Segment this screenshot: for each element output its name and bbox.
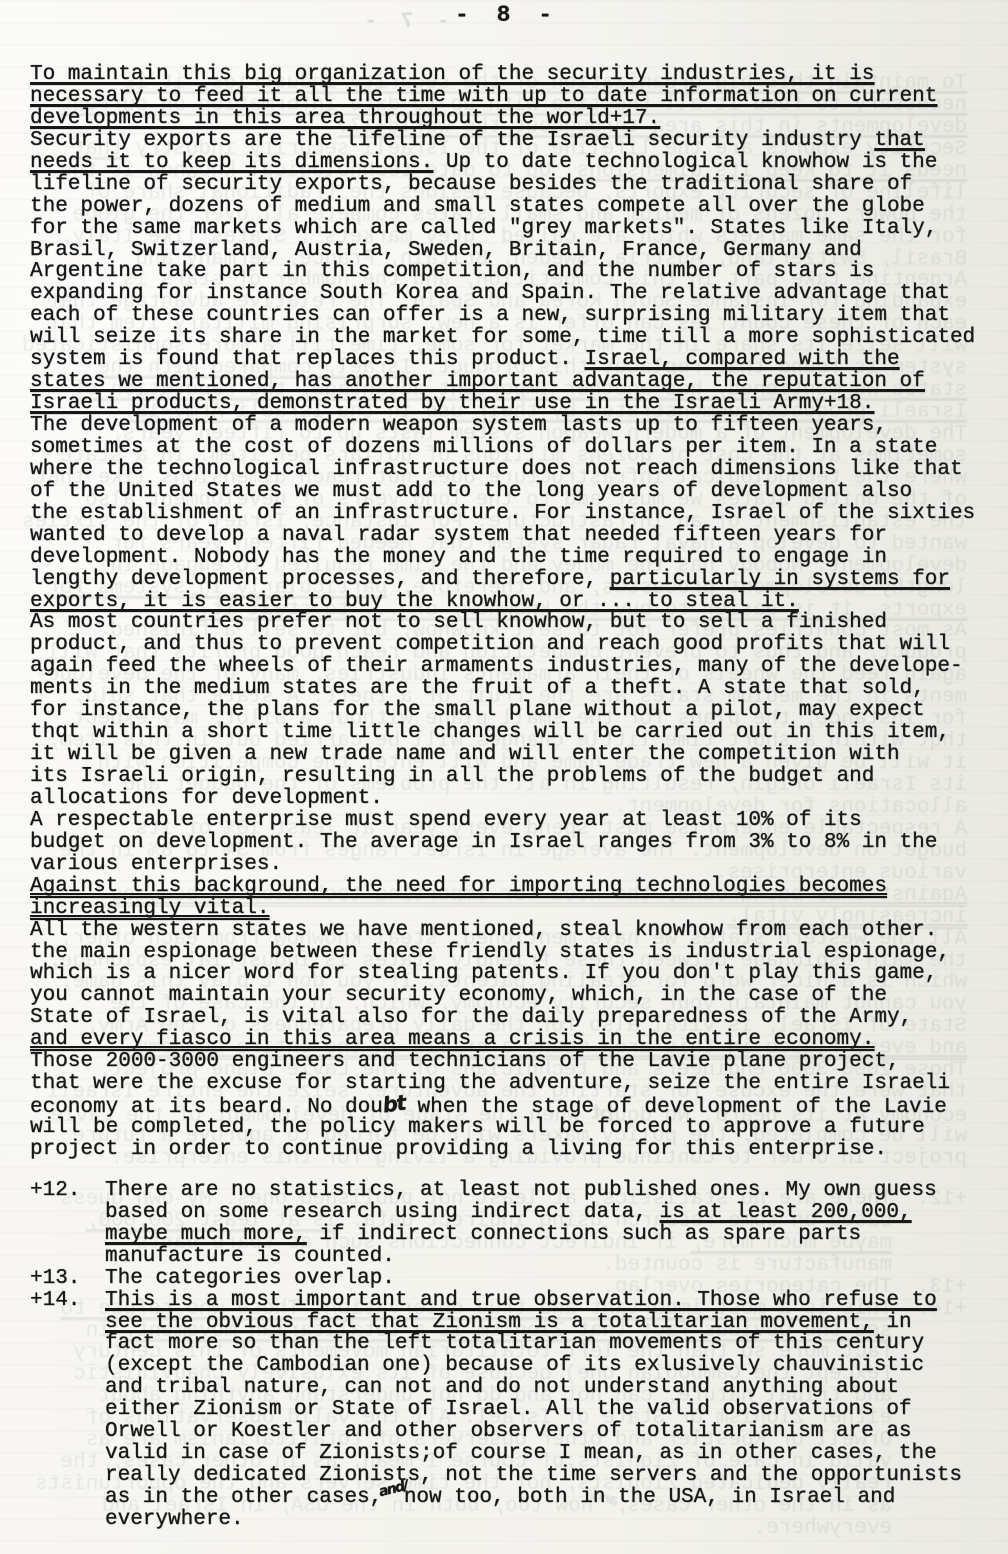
text-segment: it will be given a new trade name and wi… xyxy=(30,743,900,766)
text-segment: various enterprises. xyxy=(30,853,282,876)
footnote-label: +12. xyxy=(30,1180,105,1202)
text-segment: its Israeli origin, resulting in all the… xyxy=(30,765,874,788)
text-line: the power, dozens of medium and small st… xyxy=(30,196,975,218)
text-segment: and tribal nature, can not and do not un… xyxy=(105,1376,899,1399)
text-segment: based on some research using indirect da… xyxy=(105,1201,660,1224)
text-line: budget on development. The average in Is… xyxy=(30,832,975,854)
text-line: it will be given a new trade name and wi… xyxy=(30,744,975,766)
text-line: The categories overlap. xyxy=(105,1268,395,1290)
text-segment: The categories overlap. xyxy=(105,1267,395,1290)
text-segment: developments in this area throughout the… xyxy=(30,107,660,130)
text-segment: needs it to keep its dimensions. xyxy=(30,151,433,174)
text-segment: Up to date technological knowhow is the xyxy=(433,151,937,174)
text-segment: states we mentioned, has another importa… xyxy=(30,370,925,393)
text-line: The development of a modern weapon syste… xyxy=(30,415,975,437)
text-line: will seize its share in the market for s… xyxy=(30,327,975,349)
text-line: To maintain this big organization of the… xyxy=(30,64,975,86)
text-line: Against this background, the need for im… xyxy=(30,876,975,898)
text-segment: allocations for development. xyxy=(30,787,383,810)
text-line: As most countries prefer not to sell kno… xyxy=(30,612,975,634)
text-line: increasingly vital. xyxy=(30,898,975,920)
text-line: maybe much more, if indirect connections… xyxy=(105,1224,937,1246)
handwritten-correction: bt xyxy=(381,1093,406,1118)
text-segment: development. Nobody has the money and th… xyxy=(30,546,887,569)
text-line: All the western states we have mentioned… xyxy=(30,920,975,942)
text-segment: Those 2000-3000 engineers and technician… xyxy=(30,1050,900,1073)
text-line: State of Israel, is vital also for the d… xyxy=(30,1007,975,1029)
text-line: Those 2000-3000 engineers and technician… xyxy=(30,1051,975,1073)
text-segment: expanding for instance South Korea and S… xyxy=(30,282,950,305)
text-segment: of the United States we must add to the … xyxy=(30,480,912,503)
text-line: valid in case of Zionists;of course I me… xyxy=(105,1443,962,1465)
text-segment: again feed the wheels of their armaments… xyxy=(30,655,963,678)
text-line: Argentine take part in this competition,… xyxy=(30,261,975,283)
text-segment: system is found that replaces this produ… xyxy=(30,348,585,371)
text-line: This is a most important and true observ… xyxy=(105,1290,962,1312)
text-line: product, and thus to prevent competition… xyxy=(30,634,975,656)
footnotes: +12.There are no statistics, at least no… xyxy=(30,1180,975,1531)
text-segment: that xyxy=(874,129,924,152)
text-line: manufacture is counted. xyxy=(105,1246,937,1268)
text-segment: fact more so than the left totalitarian … xyxy=(105,1332,924,1355)
text-line: development. Nobody has the money and th… xyxy=(30,547,975,569)
text-line: necessary to feed it all the time with u… xyxy=(30,86,975,108)
text-segment: All the western states we have mentioned… xyxy=(30,919,937,942)
text-line: developments in this area throughout the… xyxy=(30,108,975,130)
text-segment: There are no statistics, at least not pu… xyxy=(105,1179,937,1202)
body-text: To maintain this big organization of the… xyxy=(30,64,975,1161)
text-segment: To maintain this big organization of the… xyxy=(30,63,874,86)
text-line: Israeli products, demonstrated by their … xyxy=(30,393,975,415)
text-line: Brasil, Switzerland, Austria, Sweden, Br… xyxy=(30,240,975,262)
text-line: for instance, the plans for the small pl… xyxy=(30,700,975,722)
text-segment: the main espionage between these friendl… xyxy=(30,941,950,964)
text-line: thqt within a short time little changes … xyxy=(30,722,975,744)
text-line: allocations for development. xyxy=(30,788,975,810)
text-segment: particularly in systems for xyxy=(610,568,950,591)
text-line: There are no statistics, at least not pu… xyxy=(105,1180,937,1202)
text-line: where the technological infrastructure d… xyxy=(30,459,975,481)
text-segment: as in the other cases, xyxy=(105,1486,382,1509)
text-line: see the obvious fact that Zionism is a t… xyxy=(105,1312,962,1334)
text-segment: now too, both in the USA, in Israel and xyxy=(404,1486,895,1509)
text-line: and tribal nature, can not and do not un… xyxy=(105,1377,962,1399)
text-segment: necessary to feed it all the time with u… xyxy=(30,85,937,108)
text-segment: each of these countries can offer is a n… xyxy=(30,304,950,327)
text-segment: for the same markets which are called "g… xyxy=(30,217,937,240)
text-line: expanding for instance South Korea and S… xyxy=(30,283,975,305)
text-line: its Israeli origin, resulting in all the… xyxy=(30,766,975,788)
text-line: based on some research using indirect da… xyxy=(105,1202,937,1224)
text-line: that were the excuse for starting the ad… xyxy=(30,1073,975,1095)
text-segment: valid in case of Zionists;of course I me… xyxy=(105,1442,937,1465)
text-line: needs it to keep its dimensions. Up to d… xyxy=(30,152,975,174)
text-line: will be completed, the policy makers wil… xyxy=(30,1117,975,1139)
footnote-text: There are no statistics, at least not pu… xyxy=(105,1180,937,1268)
text-segment: Orwell or Koestler and other observers o… xyxy=(105,1420,912,1443)
footnote-text: This is a most important and true observ… xyxy=(105,1290,962,1531)
text-segment: wanted to develop a naval radar system t… xyxy=(30,524,887,547)
text-segment: Israeli products, demonstrated by their … xyxy=(30,392,874,415)
page-number: - 8 - xyxy=(0,2,1008,28)
text-segment: if indirect connections such as spare pa… xyxy=(307,1223,862,1246)
text-segment: ments in the medium states are the fruit… xyxy=(30,677,925,700)
text-segment: Security exports are the lifeline of the… xyxy=(30,129,874,152)
text-line: and every fiasco in this area means a cr… xyxy=(30,1029,975,1051)
page-content: To maintain this big organization of the… xyxy=(30,64,975,1531)
text-segment: Brasil, Switzerland, Austria, Sweden, Br… xyxy=(30,239,862,262)
text-line: Security exports are the lifeline of the… xyxy=(30,130,975,152)
text-segment: thqt within a short time little changes … xyxy=(30,721,950,744)
text-line: for the same markets which are called "g… xyxy=(30,218,975,240)
text-segment: the establishment of an infrastructure. … xyxy=(30,502,975,525)
text-line: fact more so than the left totalitarian … xyxy=(105,1333,962,1355)
text-segment: budget on development. The average in Is… xyxy=(30,831,937,854)
text-line: (except the Cambodian one) because of it… xyxy=(105,1355,962,1377)
text-segment: A respectable enterprise must spend ever… xyxy=(30,809,862,832)
text-segment: see the obvious fact that Zionism is a t… xyxy=(105,1311,874,1334)
text-line: of the United States we must add to the … xyxy=(30,481,975,503)
text-segment: will seize its share in the market for s… xyxy=(30,326,975,349)
text-segment: sometimes at the cost of dozens millions… xyxy=(30,436,937,459)
text-line: project in order to continue providing a… xyxy=(30,1139,975,1161)
text-segment: that were the excuse for starting the ad… xyxy=(30,1072,950,1095)
text-segment: Against this background, the need for im… xyxy=(30,875,887,898)
text-line: each of these countries can offer is a n… xyxy=(30,305,975,327)
text-segment: project in order to continue providing a… xyxy=(30,1138,887,1161)
text-line: either Zionism or State of Israel. All t… xyxy=(105,1399,962,1421)
text-segment: exports, it is easier to buy the knowhow… xyxy=(30,590,799,613)
text-line: which is a nicer word for stealing paten… xyxy=(30,963,975,985)
text-segment: will be completed, the policy makers wil… xyxy=(30,1116,925,1139)
text-segment: manufacture is counted. xyxy=(105,1245,395,1268)
footnote: +12.There are no statistics, at least no… xyxy=(30,1180,975,1268)
text-segment: which is a nicer word for stealing paten… xyxy=(30,962,937,985)
document-page: - 7 - - 8 - To maintain this big organiz… xyxy=(0,0,1008,1554)
text-segment: State of Israel, is vital also for the d… xyxy=(30,1006,912,1029)
text-line: sometimes at the cost of dozens millions… xyxy=(30,437,975,459)
footnote-label: +13. xyxy=(30,1268,105,1290)
text-segment: for instance, the plans for the small pl… xyxy=(30,699,925,722)
footnote-label: +14. xyxy=(30,1290,105,1312)
text-segment: As most countries prefer not to sell kno… xyxy=(30,611,887,634)
text-segment: lengthy development processes, and there… xyxy=(30,568,610,591)
text-segment: either Zionism or State of Israel. All t… xyxy=(105,1398,912,1421)
text-line: you cannot maintain your security econom… xyxy=(30,985,975,1007)
text-segment: The development of a modern weapon syste… xyxy=(30,414,887,437)
text-line: states we mentioned, has another importa… xyxy=(30,371,975,393)
text-segment: really dedicated Zionists, not the time … xyxy=(105,1464,962,1487)
text-segment: Argentine take part in this competition,… xyxy=(30,260,874,283)
text-segment: and every fiasco in this area means a cr… xyxy=(30,1028,874,1051)
text-line: lifeline of security exports, because be… xyxy=(30,174,975,196)
text-segment: everywhere. xyxy=(105,1508,244,1531)
text-line: ments in the medium states are the fruit… xyxy=(30,678,975,700)
text-line: everywhere. xyxy=(105,1509,962,1531)
text-segment: maybe much more, xyxy=(105,1223,307,1246)
text-line: as in the other cases,and/now too, both … xyxy=(105,1487,962,1509)
text-line: wanted to develop a naval radar system t… xyxy=(30,525,975,547)
text-line: lengthy development processes, and there… xyxy=(30,569,975,591)
text-segment: Israel, compared with the xyxy=(585,348,900,371)
text-line: system is found that replaces this produ… xyxy=(30,349,975,371)
footnote: +13.The categories overlap. xyxy=(30,1268,975,1290)
text-segment: the power, dozens of medium and small st… xyxy=(30,195,925,218)
text-line: exports, it is easier to buy the knowhow… xyxy=(30,591,975,613)
text-segment: (except the Cambodian one) because of it… xyxy=(105,1354,924,1377)
text-segment: This is a most important and true observ… xyxy=(105,1289,937,1312)
text-line: really dedicated Zionists, not the time … xyxy=(105,1465,962,1487)
text-line: Orwell or Koestler and other observers o… xyxy=(105,1421,962,1443)
footnote: +14.This is a most important and true ob… xyxy=(30,1290,975,1531)
text-segment: you cannot maintain your security econom… xyxy=(30,984,887,1007)
footnote-text: The categories overlap. xyxy=(105,1268,395,1290)
text-line: again feed the wheels of their armaments… xyxy=(30,656,975,678)
text-segment: in xyxy=(874,1311,912,1334)
text-line: economy at its beard. No doubt when the … xyxy=(30,1095,975,1117)
text-line: various enterprises. xyxy=(30,854,975,876)
text-line: the establishment of an infrastructure. … xyxy=(30,503,975,525)
text-segment: lifeline of security exports, because be… xyxy=(30,173,912,196)
text-segment: is at least 200,000, xyxy=(660,1201,912,1224)
text-segment: product, and thus to prevent competition… xyxy=(30,633,950,656)
text-segment: increasingly vital. xyxy=(30,897,269,920)
text-segment: where the technological infrastructure d… xyxy=(30,458,963,481)
text-line: A respectable enterprise must spend ever… xyxy=(30,810,975,832)
text-line: the main espionage between these friendl… xyxy=(30,942,975,964)
